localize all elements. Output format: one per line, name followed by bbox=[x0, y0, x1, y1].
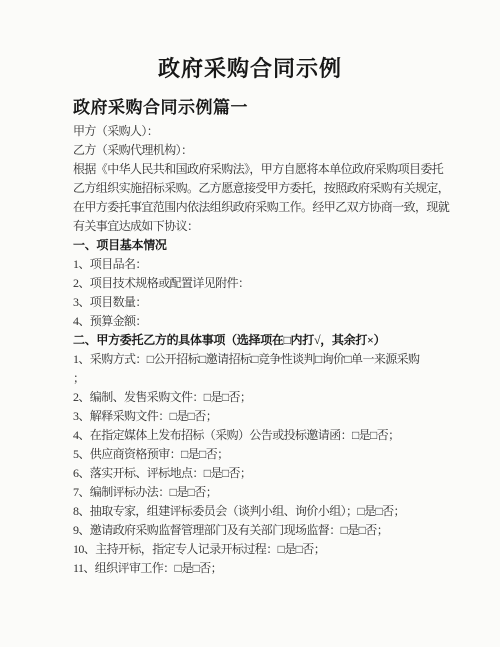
doc-title: 政府采购合同示例 bbox=[0, 52, 500, 83]
section-2-item: 3、解释采购文件：□是□否； bbox=[73, 407, 448, 426]
intro-line: 有关事宜达成如下协议： bbox=[73, 217, 448, 236]
document-page: 政府采购合同示例 政府采购合同示例篇一 甲方（采购人）： 乙方（采购代理机构）：… bbox=[0, 0, 500, 647]
party-b-line: 乙方（采购代理机构）： bbox=[73, 141, 448, 160]
section-2-item: 4、在指定媒体上发布招标（采购）公告或投标邀请函：□是□否； bbox=[73, 426, 448, 445]
section-1-item: 3、项目数量： bbox=[73, 293, 448, 312]
section-2-item: 5、供应商资格预审：□是□否； bbox=[73, 445, 448, 464]
section-1-item: 1、项目品名： bbox=[73, 255, 448, 274]
section-2-item: 1、采购方式：□公开招标□邀请招标□竞争性谈判□询价□单一来源采购 bbox=[73, 350, 448, 369]
section-1-item: 4、预算金额： bbox=[73, 312, 448, 331]
intro-line: 根据《中华人民共和国政府采购法》，甲方自愿将本单位政府采购项目委托 bbox=[73, 160, 448, 179]
intro-line: 乙方组织实施招标采购。乙方愿意接受甲方委托，按照政府采购有关规定， bbox=[73, 179, 448, 198]
party-a-line: 甲方（采购人）： bbox=[73, 122, 448, 141]
doc-subtitle: 政府采购合同示例篇一 bbox=[73, 93, 248, 118]
section-2-item: 7、编制评标办法：□是□否； bbox=[73, 483, 448, 502]
section-2-item: 2、编制、发售采购文件：□是□否； bbox=[73, 388, 448, 407]
section-2-item: 8、抽取专家，组建评标委员会（谈判小组、询价小组）；□是□否； bbox=[73, 502, 448, 521]
section-1-heading: 一、项目基本情况 bbox=[73, 236, 448, 255]
section-1-item: 2、项目技术规格或配置详见附件： bbox=[73, 274, 448, 293]
section-2-item: 10、主持开标，指定专人记录开标过程：□是□否； bbox=[73, 540, 448, 559]
section-2-item-continuation: ； bbox=[73, 369, 448, 388]
section-2-item: 11、组织评审工作：□是□否； bbox=[73, 559, 448, 578]
doc-body: 甲方（采购人）： 乙方（采购代理机构）： 根据《中华人民共和国政府采购法》，甲方… bbox=[73, 122, 448, 578]
section-2-heading: 二、甲方委托乙方的具体事项（选择项在□内打√，其余打×） bbox=[73, 331, 448, 350]
section-2-item: 9、邀请政府采购监督管理部门及有关部门现场监督：□是□否； bbox=[73, 521, 448, 540]
intro-line: 在甲方委托事宜范围内依法组织政府采购工作。经甲乙双方协商一致，现就 bbox=[73, 198, 448, 217]
section-2-item: 6、落实开标、评标地点：□是□否； bbox=[73, 464, 448, 483]
